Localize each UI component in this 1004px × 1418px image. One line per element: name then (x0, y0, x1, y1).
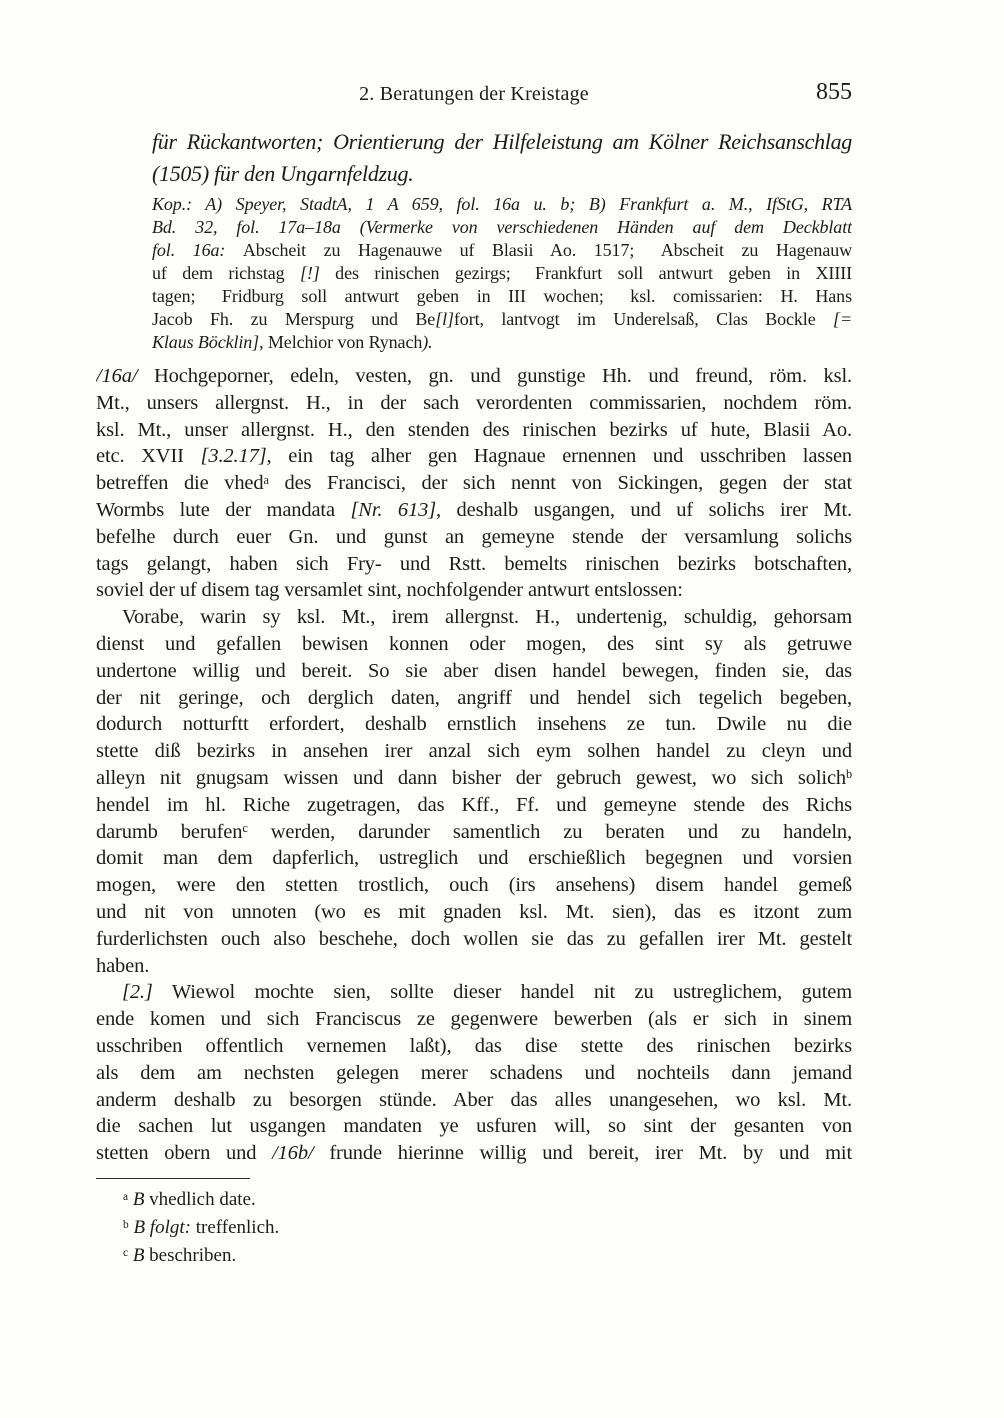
text-line: ksl. Mt., unser allergnst. H., den stend… (96, 417, 852, 444)
headnote: für Rückantworten; Orientierung der Hilf… (152, 126, 852, 190)
text-line: und nit von unnoten (wo es mit gnaden ks… (96, 899, 852, 926)
text-line: die sachen lut usgangen mandaten ye usfu… (96, 1113, 852, 1140)
text-line: Klaus Böcklin], Melchior von Rynach). (152, 331, 852, 354)
text-line: (1505) für den Ungarnfeldzug. (152, 158, 852, 190)
text-line: haben. (96, 953, 852, 980)
text-line: furderlichsten ouch also beschehe, doch … (96, 926, 852, 953)
footnote-separator-rule (96, 1178, 250, 1179)
footnote-a: a B vhedlich date. (96, 1186, 852, 1214)
text-line: der nit geringe, och derglich daten, ang… (96, 685, 852, 712)
text-line: Bd. 32, fol. 17a–18a (Vermerke von versc… (152, 216, 852, 239)
text-line: Mt., unsers allergnst. H., in der sach v… (96, 390, 852, 417)
text-line: befelhe durch euer Gn. und gunst an geme… (96, 524, 852, 551)
text-line: undertone willig und bereit. So sie aber… (96, 658, 852, 685)
page-text: für Rückantworten; Orientierung der Hilf… (96, 126, 852, 1167)
text-line: alleyn nit gnugsam wissen und dann bishe… (96, 765, 852, 792)
text-line: ende komen und sich Franciscus ze gegenw… (96, 1006, 852, 1033)
text-line: domit man dem dapferlich, ustreglich und… (96, 845, 852, 872)
text-line: für Rückantworten; Orientierung der Hilf… (152, 126, 852, 158)
kop-apparatus: Kop.: A) Speyer, StadtA, 1 A 659, fol. 1… (152, 193, 852, 354)
text-line: Vorabe, warin sy ksl. Mt., irem allergns… (96, 604, 852, 631)
text-line: als dem am nechsten gelegen merer schade… (96, 1060, 852, 1087)
text-line: usschriben offentlich vernemen laßt), da… (96, 1033, 852, 1060)
text-line: stette diß bezirks in ansehen irer anzal… (96, 738, 852, 765)
body-paragraph-1: /16a/ Hochgeporner, edeln, vesten, gn. u… (96, 363, 852, 604)
text-line: [2.] Wiewol mochte sien, sollte dieser h… (96, 979, 852, 1006)
text-line: dienst und gefallen bewisen konnen oder … (96, 631, 852, 658)
running-header: 2. Beratungen der Kreistage 855 (96, 83, 852, 110)
text-line: /16a/ Hochgeporner, edeln, vesten, gn. u… (96, 363, 852, 390)
text-line: anderm deshalb zu besorgen stünde. Aber … (96, 1087, 852, 1114)
running-title: 2. Beratungen der Kreistage (96, 83, 852, 106)
text-line: hendel im hl. Riche zugetragen, das Kff.… (96, 792, 852, 819)
page-number: 855 (816, 79, 852, 106)
book-page: 2. Beratungen der Kreistage 855 für Rück… (0, 0, 1004, 1418)
text-line: Wormbs lute der mandata [Nr. 613], desha… (96, 497, 852, 524)
text-line: tags gelangt, haben sich Fry- und Rstt. … (96, 551, 852, 578)
text-line: stetten obern und /16b/ frunde hierinne … (96, 1140, 852, 1167)
text-line: etc. XVII [3.2.17], ein tag alher gen Ha… (96, 443, 852, 470)
text-line: tagen; Fridburg soll antwurt geben in II… (152, 285, 852, 308)
body-paragraph-2: Vorabe, warin sy ksl. Mt., irem allergns… (96, 604, 852, 979)
body-paragraph-3: [2.] Wiewol mochte sien, sollte dieser h… (96, 979, 852, 1167)
footnote-b: b B folgt: treffenlich. (96, 1214, 852, 1242)
footnotes: a B vhedlich date.b B folgt: treffenlich… (96, 1186, 852, 1270)
footnote-c: c B beschriben. (96, 1242, 852, 1270)
text-line: darumb berufenc werden, darunder samentl… (96, 819, 852, 846)
footnote-area: a B vhedlich date.b B folgt: treffenlich… (96, 1178, 852, 1270)
text-line: dodurch notturftt erfordert, deshalb ern… (96, 711, 852, 738)
text-line: Kop.: A) Speyer, StadtA, 1 A 659, fol. 1… (152, 193, 852, 216)
text-line: Jacob Fh. zu Merspurg und Be[l]fort, lan… (152, 308, 852, 331)
text-line: betreffen die vheda des Francisci, der s… (96, 470, 852, 497)
text-line: soviel der uf disem tag versamlet sint, … (96, 577, 852, 604)
text-line: fol. 16a: Abscheit zu Hagenauwe uf Blasi… (152, 239, 852, 262)
text-line: mogen, were den stetten trostlich, ouch … (96, 872, 852, 899)
text-line: uf dem richstag [!] des rinischen gezirg… (152, 262, 852, 285)
